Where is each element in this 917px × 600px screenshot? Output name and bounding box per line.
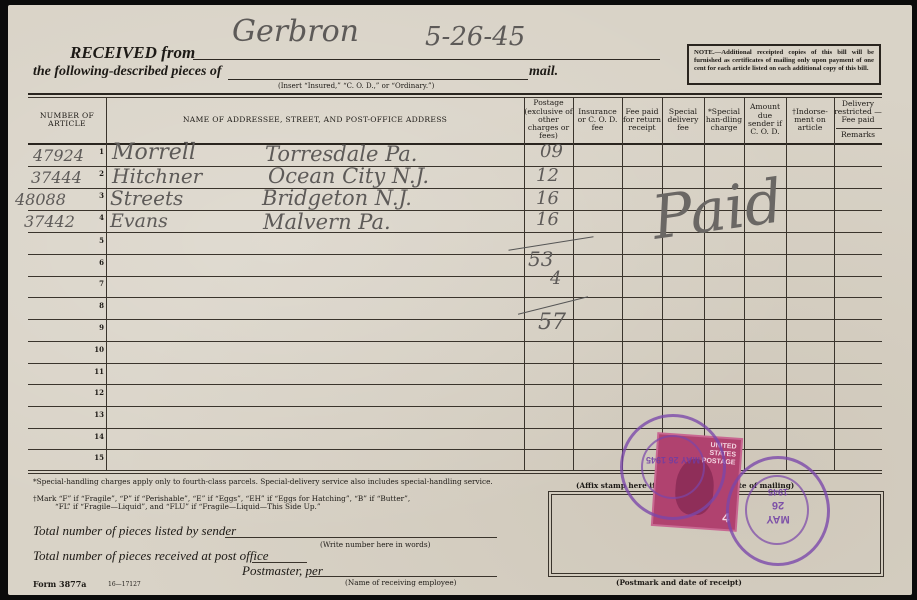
row-number: 10	[86, 345, 104, 354]
article-number[interactable]: 48088	[15, 190, 66, 209]
col-divider	[573, 97, 574, 470]
footnote-marks-2: “FL” if “Fragile—Liquid”, and “FLU” if “…	[55, 503, 321, 512]
row-number: 3	[86, 191, 104, 200]
postmark-circle-2: 1945 26 MAY	[726, 456, 830, 566]
table-top-rule	[28, 93, 882, 95]
article-number[interactable]: 47924	[33, 146, 84, 165]
col-divider	[106, 97, 107, 470]
row-number: 11	[86, 367, 104, 376]
row-number: 15	[86, 453, 104, 462]
postmark-hint: (Postmark and date of receipt)	[616, 578, 742, 587]
addressee-address[interactable]: Bridgeton N.J.	[262, 186, 412, 210]
total-listed-hint: (Write number here in words)	[320, 540, 430, 549]
col-divider	[704, 97, 705, 470]
postage-amount[interactable]: 16	[536, 188, 559, 209]
sender-line	[193, 59, 660, 60]
row-number: 7	[86, 279, 104, 288]
row-rule	[28, 276, 882, 277]
row-number: 9	[86, 323, 104, 332]
receipt-date[interactable]: 5-26-45	[425, 22, 525, 52]
total-listed-field[interactable]	[225, 537, 497, 538]
addressee-name[interactable]: Hitchner	[112, 164, 202, 188]
header-number: NUMBER OF ARTICLE	[28, 97, 106, 143]
header-return-fee: Fee paid for return receipt	[622, 97, 662, 143]
postmark-circle-1: MAY 26 1945	[620, 414, 726, 520]
row-rule	[28, 341, 882, 342]
postage-amount[interactable]: 09	[540, 141, 563, 162]
form-number: Form 3877a	[33, 579, 87, 589]
header-remarks: Remarks	[834, 129, 882, 142]
row-rule	[28, 297, 882, 298]
addressee-name[interactable]: Streets	[110, 186, 183, 210]
postage-amount[interactable]: 16	[536, 209, 559, 230]
article-number[interactable]: 37444	[31, 168, 82, 187]
addressee-address[interactable]: Ocean City N.J.	[268, 164, 429, 188]
col-divider	[744, 97, 745, 470]
footnote-special-handling: *Special-handling charges apply only to …	[33, 478, 533, 487]
postmark-day: 26	[729, 499, 827, 511]
header-postage: Postage (exclusive of other charges or f…	[524, 97, 573, 143]
row-rule	[28, 254, 882, 255]
row-rule	[28, 363, 882, 364]
postmark-date: MAY 26 1945	[623, 455, 723, 465]
employee-hint: (Name of receiving employee)	[345, 578, 456, 587]
following-label: the following-described pieces of	[33, 64, 222, 80]
total-listed-label: Total number of pieces listed by sender	[33, 523, 236, 539]
header-indorsement: †Indorse-ment on article	[786, 97, 834, 143]
row-number: 2	[86, 169, 104, 178]
mail-type-line[interactable]	[228, 79, 528, 80]
postmaster-field[interactable]	[309, 576, 497, 577]
postage-total[interactable]: 57	[538, 310, 566, 335]
col-divider	[524, 97, 525, 470]
article-number[interactable]: 37442	[24, 212, 75, 231]
header-amount-due: Amount due sender if C. O. D.	[744, 97, 786, 143]
postmark-month: MAY	[729, 513, 827, 525]
addressee-address[interactable]: Malvern Pa.	[263, 210, 391, 234]
row-number: 14	[86, 432, 104, 441]
addressee-name[interactable]: Morrell	[112, 140, 196, 165]
header-insurance: Insurance or C. O. D. fee	[573, 97, 622, 143]
postmark-inner-circle	[641, 435, 705, 499]
header-special-delivery: Special delivery fee	[662, 97, 704, 143]
row-rule	[28, 384, 882, 385]
row-rule	[28, 406, 882, 407]
addressee-address[interactable]: Torresdale Pa.	[265, 142, 417, 166]
row-number: 12	[86, 388, 104, 397]
postage-amount[interactable]: 12	[536, 165, 559, 186]
row-number: 13	[86, 410, 104, 419]
total-received-label: Total number of pieces received at post …	[33, 548, 269, 564]
header-special-handling: *Special han-dling charge	[704, 97, 744, 143]
row-rule	[28, 428, 882, 429]
col-divider	[786, 97, 787, 470]
header-name: NAME OF ADDRESSEE, STREET, AND POST-OFFI…	[106, 97, 524, 143]
row-number: 8	[86, 301, 104, 310]
header-restricted: Delivery restricted —Fee paid	[834, 97, 882, 127]
mail-label: mail.	[529, 64, 558, 80]
sender-name[interactable]: Gerbron	[232, 14, 359, 49]
form-code: 16—17127	[108, 581, 141, 588]
row-number: 4	[86, 213, 104, 222]
postmark-year: 1945	[729, 487, 827, 497]
addressee-name[interactable]: Evans	[110, 210, 168, 232]
row-number: 6	[86, 258, 104, 267]
mail-type-hint: (Insert “Insured,” “C. O. D.,” or “Ordin…	[278, 82, 434, 90]
postage-addition[interactable]: 4	[550, 268, 561, 289]
row-number: 5	[86, 236, 104, 245]
row-rule	[28, 449, 882, 450]
col-divider	[834, 97, 835, 470]
note-box: NOTE.—Additional receipted copies of thi…	[687, 44, 881, 85]
row-number: 1	[86, 147, 104, 156]
col-divider	[622, 97, 623, 470]
row-rule	[28, 319, 882, 320]
received-label: RECEIVED from	[70, 43, 195, 63]
